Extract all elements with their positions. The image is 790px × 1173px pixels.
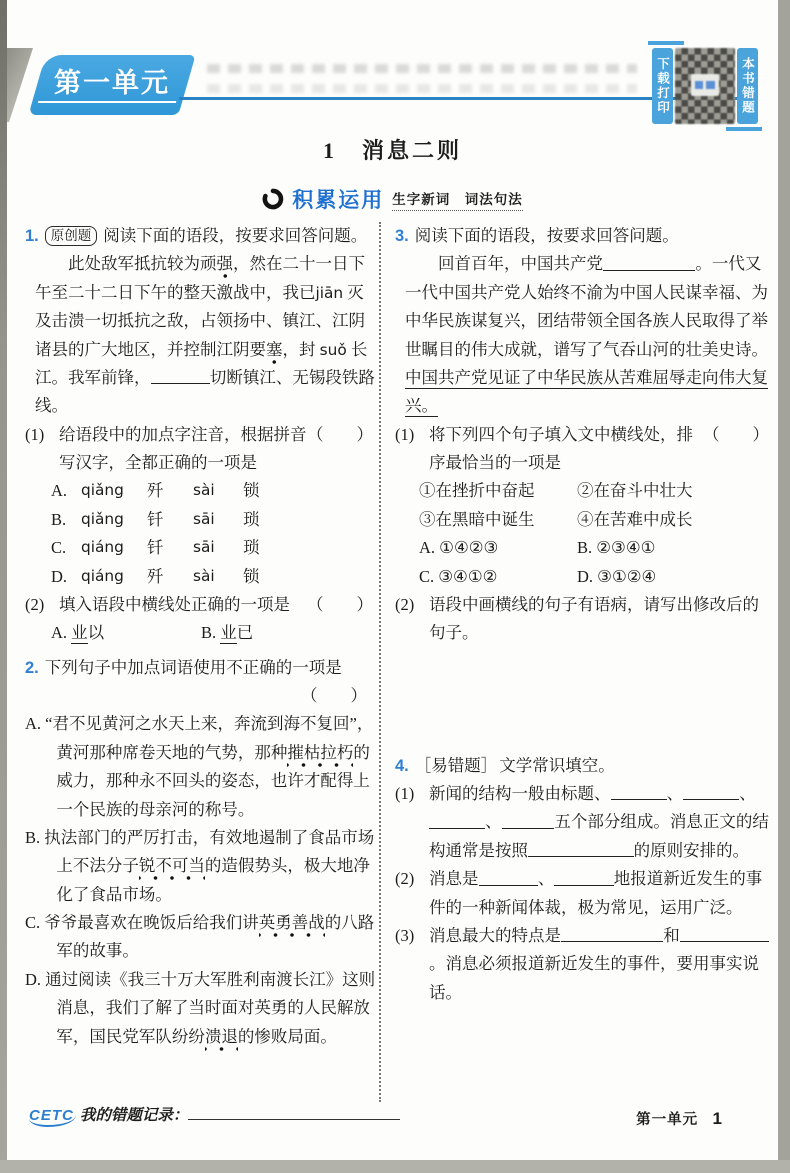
unit-banner: 第一单元 — [28, 55, 195, 115]
sub-question-label: (1) — [395, 780, 429, 808]
scan-edge-left — [0, 0, 7, 1173]
option-c: C. ③④①② — [419, 563, 577, 591]
question-3-stem-line: 3.阅读下面的语段，按要求回答问题。 — [395, 222, 773, 250]
option-row: B.qiǎng钎sāi琐 — [25, 506, 377, 534]
sub-question-text: 填入语段中横线处正确的一项是 — [59, 595, 290, 614]
sub-question-body: （ ） 填入语段中横线处正确的一项是 — [59, 591, 377, 619]
option-pinyin: qiáng — [81, 563, 147, 591]
option-pinyin: sāi — [193, 534, 243, 562]
page-fold — [7, 48, 33, 122]
question-stem: 阅读下面的语段，按要求回答问题。 — [415, 226, 679, 245]
qr-code-center — [691, 74, 719, 96]
scan-ghost-text — [207, 84, 637, 93]
sub-question-4-2: (2) 消息是 、 地报道新近发生的事件的一种新闻体裁，极为常见，运用广泛。 — [395, 865, 773, 922]
option-pinyin: sài — [193, 563, 243, 591]
question-stem: 下列句子中加点词语使用不正确的一项是 — [45, 658, 342, 677]
qr-accent-bar — [648, 41, 684, 45]
sub-question-1-2: (2) （ ） 填入语段中横线处正确的一项是 — [25, 591, 377, 619]
scan-ghost-text — [207, 64, 637, 73]
option-pinyin: sài — [193, 477, 243, 505]
error-log-footer: CETC 我的错题记录： — [29, 1103, 400, 1127]
sub-question-label: (2) — [395, 865, 429, 893]
question-4: 4.［易错题］文学常识填空。 (1) 新闻的结构一般由标题、 、 、 、 五个部… — [395, 752, 773, 1007]
question-stem: 阅读下面的语段，按要求回答问题。 — [103, 226, 367, 245]
unit-banner-label: 第一单元 — [37, 55, 187, 115]
blank-line — [502, 811, 555, 829]
option-label: A. — [51, 477, 81, 505]
question-number: 2. — [25, 659, 39, 677]
option-char: 歼 — [147, 477, 193, 505]
blank-line — [611, 783, 667, 801]
content-columns: 1.原创题阅读下面的语段，按要求回答问题。 此处敌军抵抗较为顽强，然在二十一日下… — [25, 222, 773, 1102]
qr-block: 下载打印 本书错题 — [652, 48, 758, 124]
option-row: A.qiǎng歼sài锁 — [25, 477, 377, 505]
question-1-stem-line: 1.原创题阅读下面的语段，按要求回答问题。 — [25, 222, 377, 250]
question-number: 1. — [25, 227, 39, 245]
download-print-label: 下载打印 — [652, 48, 673, 124]
right-column: 3.阅读下面的语段，按要求回答问题。 回首百年，中国共产党 。一代又一代中国共产… — [379, 222, 773, 1102]
option-c: C. 爷爷最喜欢在晚饭后给我们讲英勇善战的八路军的故事。 — [25, 909, 377, 966]
blank-line — [680, 925, 769, 943]
option-char: 钎 — [147, 506, 193, 534]
error-log-label: 我的错题记录： — [80, 1103, 189, 1125]
sub-question-text: 语段中画横线的句子有语病，请写出修改后的句子。 — [429, 591, 773, 648]
section-header: 积累运用 生字新词 词法句法 — [7, 184, 778, 214]
sub-question-1-1: (1) （ ） 给语段中的加点字注音，根据拼音写汉字，全都正确的一项是 — [25, 421, 377, 478]
blank-line — [151, 367, 210, 385]
sub-question-label: (3) — [395, 922, 429, 950]
question-badge: ［易错题］ — [415, 756, 498, 775]
option-a: A. ①④②③ — [419, 534, 577, 562]
left-column: 1.原创题阅读下面的语段，按要求回答问题。 此处敌军抵抗较为顽强，然在二十一日下… — [25, 222, 377, 1102]
book-errors-label: 本书错题 — [737, 48, 758, 124]
answer-bracket-line: （ ） — [25, 682, 377, 710]
answer-bracket: （ ） — [307, 421, 377, 449]
error-log-blank-line — [188, 1104, 400, 1120]
sub-question-text: 新闻的结构一般由标题、 、 、 、 五个部分组成。消息正文的结构通常是按照 的原… — [429, 780, 773, 865]
sub-question-text: 消息是 、 地报道新近发生的事件的一种新闻体裁，极为常见，运用广泛。 — [429, 865, 773, 922]
numbered-items: ①在挫折中奋起 ②在奋斗中壮大 ③在黑暗中诞生 ④在苦难中成长 — [395, 477, 773, 534]
option-label: D. — [51, 563, 81, 591]
blank-line — [603, 253, 695, 271]
option-b: B. 业已 — [201, 619, 351, 647]
sub-question-4-3: (3) 消息最大的特点是 和 。消息必须报道新近发生的事件，要用事实说话。 — [395, 922, 773, 1007]
item-4: ④在苦难中成长 — [577, 506, 735, 534]
option-a: A. 业以 — [51, 619, 201, 647]
sub-question-label: (1) — [395, 421, 429, 449]
sub-question-body: （ ） 给语段中的加点字注音，根据拼音写汉字，全都正确的一项是 — [59, 421, 377, 478]
option-pinyin: sāi — [193, 506, 243, 534]
question-3: 3.阅读下面的语段，按要求回答问题。 回首百年，中国共产党 。一代又一代中国共产… — [395, 222, 773, 648]
option-row: C.qiáng钎sāi琐 — [25, 534, 377, 562]
option-d: D. ③①②④ — [577, 563, 735, 591]
blank-line — [528, 840, 634, 858]
answer-bracket: （ ） — [307, 591, 377, 619]
blank-line — [554, 868, 613, 886]
question-number: 4. — [395, 757, 409, 775]
sub-question-3-2: (2) 语段中画横线的句子有语病，请写出修改后的句子。 — [395, 591, 773, 648]
option-row: A. 业以 B. 业已 — [25, 619, 377, 647]
sub-question-4-1: (1) 新闻的结构一般由标题、 、 、 、 五个部分组成。消息正文的结构通常是按… — [395, 780, 773, 865]
scan-edge-right — [778, 0, 790, 1173]
section-title: 积累运用 — [292, 184, 384, 214]
qr-accent-bar — [726, 127, 762, 131]
sub-question-3-1: (1) （ ） 将下列四个句子填入文中横线处，排序最恰当的一项是 — [395, 421, 773, 478]
item-3: ③在黑暗中诞生 — [419, 506, 577, 534]
page-footer: 第一单元 1 — [636, 1108, 722, 1129]
question-3-passage: 回首百年，中国共产党 。一代又一代中国共产党人始终不渝为中国人民谋幸福、为中华民… — [405, 250, 773, 420]
item-1: ①在挫折中奋起 — [419, 477, 577, 505]
blank-line — [683, 783, 739, 801]
option-char: 琐 — [243, 506, 283, 534]
workbook-page: 第一单元 下载打印 本书错题 1 消息二则 积累运用 生字新词 词法句法 1.原… — [7, 0, 778, 1160]
option-d: D. 通过阅读《我三十万大军胜利南渡长江》这则消息，我们了解了当时面对英勇的人民… — [25, 966, 377, 1051]
blank-line — [429, 811, 485, 829]
question-1-passage: 此处敌军抵抗较为顽强，然在二十一日下午至二十二日下午的整天激战中，我已jiān … — [35, 250, 377, 420]
question-4-stem-line: 4.［易错题］文学常识填空。 — [395, 752, 773, 780]
lesson-title: 1 消息二则 — [7, 134, 778, 165]
option-pinyin: qiǎng — [81, 506, 147, 534]
sub-question-label: (2) — [25, 591, 59, 619]
sub-question-body: （ ） 将下列四个句子填入文中横线处，排序最恰当的一项是 — [429, 421, 773, 478]
section-subtitle: 生字新词 词法句法 — [392, 188, 523, 211]
question-2: 2.下列句子中加点词语使用不正确的一项是 （ ） A. “君不见黄河之水天上来，… — [25, 654, 377, 1051]
answer-bracket: （ ） — [301, 686, 367, 705]
option-char: 钎 — [147, 534, 193, 562]
question-1: 1.原创题阅读下面的语段，按要求回答问题。 此处敌军抵抗较为顽强，然在二十一日下… — [25, 222, 377, 648]
sub-question-label: (1) — [25, 421, 59, 449]
option-char: 琐 — [243, 534, 283, 562]
question-stem: 文学常识填空。 — [499, 756, 615, 775]
page-number: 1 — [713, 1109, 722, 1128]
sub-question-label: (2) — [395, 591, 429, 619]
option-char: 锁 — [243, 477, 283, 505]
option-pinyin: qiǎng — [81, 477, 147, 505]
cetc-logo: CETC — [29, 1107, 76, 1127]
swirl-icon — [262, 188, 284, 210]
question-number: 3. — [395, 227, 409, 245]
option-a: A. “君不见黄河之水天上来，奔流到海不复回”，黄河那种席卷天地的气势，那种摧枯… — [25, 710, 377, 824]
option-label: B. — [51, 506, 81, 534]
option-row: D.qiáng歼sài锁 — [25, 563, 377, 591]
answer-bracket: （ ） — [703, 421, 773, 449]
footer-unit-label: 第一单元 — [636, 1112, 698, 1128]
option-pinyin: qiáng — [81, 534, 147, 562]
blank-line — [561, 925, 663, 943]
sub-question-text: 将下列四个句子填入文中横线处，排序最恰当的一项是 — [429, 425, 693, 472]
sub-question-text: 消息最大的特点是 和 。消息必须报道新近发生的事件，要用事实说话。 — [429, 922, 773, 1007]
question-badge: 原创题 — [45, 226, 98, 246]
option-label: C. — [51, 534, 81, 562]
option-char: 锁 — [243, 563, 283, 591]
scan-edge-bottom — [0, 1160, 790, 1173]
qr-code — [675, 48, 735, 124]
sub-question-text: 给语段中的加点字注音，根据拼音写汉字，全都正确的一项是 — [59, 425, 307, 472]
question-2-stem-line: 2.下列句子中加点词语使用不正确的一项是 — [25, 654, 377, 682]
answer-options: A. ①④②③ B. ②③④① C. ③④①② D. ③①②④ — [395, 534, 773, 591]
item-2: ②在奋斗中壮大 — [577, 477, 735, 505]
option-b: B. 执法部门的严厉打击，有效地遏制了食品市场上不法分子锐不可当的造假势头，极大… — [25, 824, 377, 909]
blank-line — [479, 868, 538, 886]
option-char: 歼 — [147, 563, 193, 591]
option-b: B. ②③④① — [577, 534, 735, 562]
